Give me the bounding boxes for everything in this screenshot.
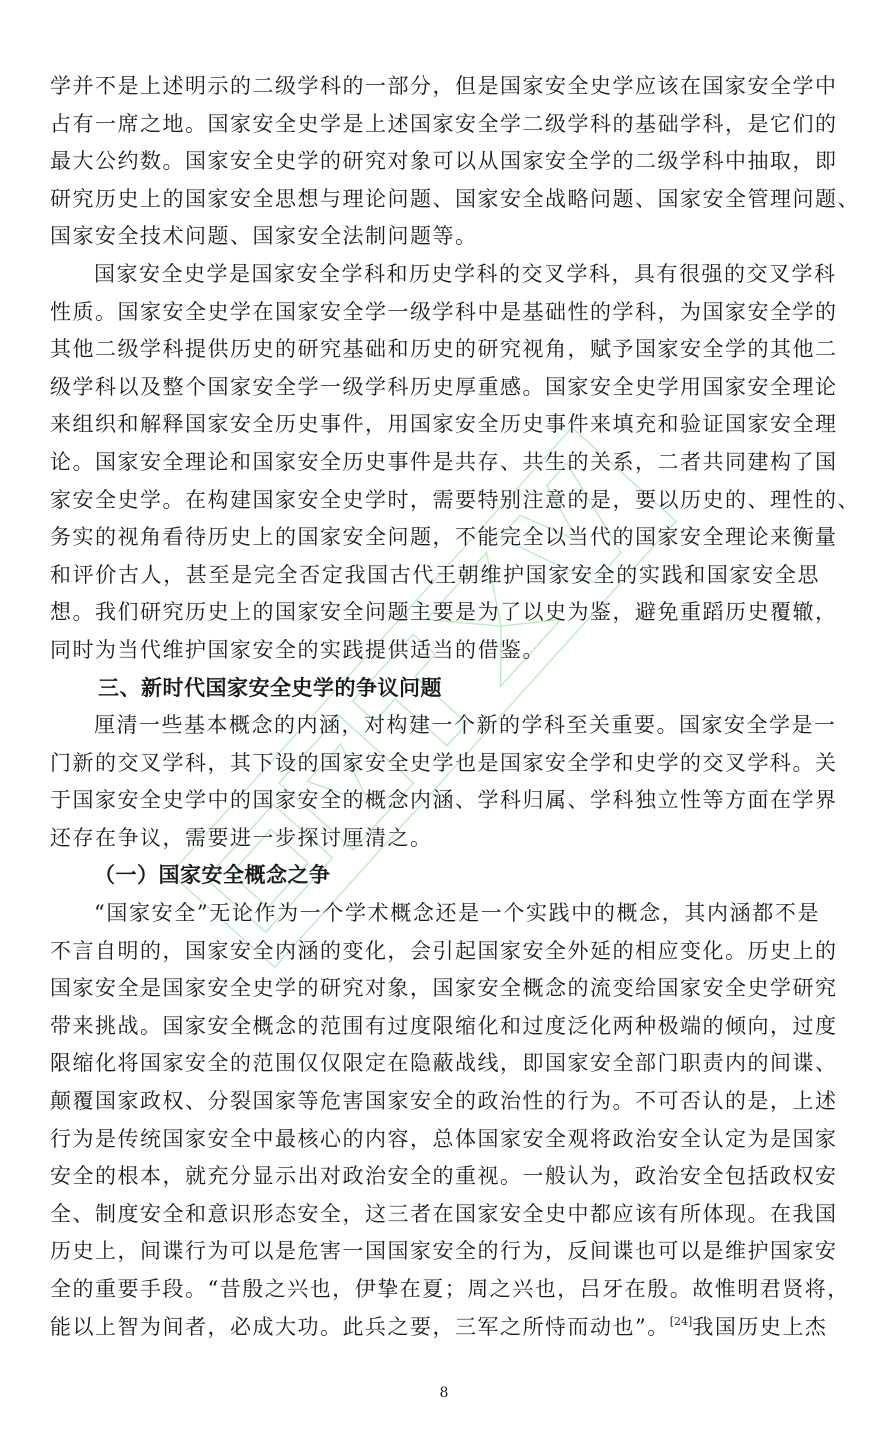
citation-reference[interactable]: [24] [670,1315,693,1328]
text-line: 不言自明的，国家安全内涵的变化，会引起国家安全外延的相应变化。历史上的 [50,933,820,971]
page-number: 8 [0,1385,888,1401]
paragraph: 厘清一些基本概念的内涵，对构建一个新的学科至关重要。国家安全学是一 门新的交叉学… [50,707,820,857]
text-line: 厘清一些基本概念的内涵，对构建一个新的学科至关重要。国家安全学是一 [50,707,820,745]
paragraph: “国家安全”无论作为一个学术概念还是一个实践中的概念，其内涵都不是 不言自明的，… [50,895,820,1346]
text-line: 来组织和解释国家安全历史事件，用国家安全历史事件来填充和验证国家安全理 [50,406,820,444]
paragraph: 国家安全史学是国家安全学科和历史学科的交叉学科，具有很强的交叉学科 性质。国家安… [50,256,820,670]
text-segment: 我国历史上杰 [692,1315,827,1339]
text-line: 全、制度安全和意识形态安全，这三者在国家安全史中都应该有所体现。在我国 [50,1196,820,1234]
text-line: 安全的根本，就充分显示出对政治安全的重视。一般认为，政治安全包括政权安 [50,1158,820,1196]
text-segment: 能以上智为间者，必成大功。此兵之要，三军之所恃而动也”。 [50,1315,670,1339]
text-line: 和评价古人，甚至是完全否定我国古代王朝维护国家安全的实践和国家安全思 [50,557,820,595]
text-line: 其他二级学科提供历史的研究基础和历史的研究视角，赋予国家安全学的其他二 [50,331,820,369]
text-line: 务实的视角看待历史上的国家安全问题，不能完全以当代的国家安全理论来衡量 [50,519,820,557]
text-line: 同时为当代维护国家安全的实践提供适当的借鉴。 [50,632,820,670]
document-body: 学并不是上述明示的二级学科的一部分，但是国家安全史学应该在国家安全学中 占有一席… [50,68,820,1346]
text-line: 占有一席之地。国家安全史学是上述国家安全学二级学科的基础学科，是它们的 [50,106,820,144]
text-line: 想。我们研究历史上的国家安全问题主要是为了以史为鉴，避免重蹈历史覆辙， [50,594,820,632]
document-page: 学并不是上述明示的二级学科的一部分，但是国家安全史学应该在国家安全学中 占有一席… [0,0,888,1453]
text-line: 颠覆国家政权、分裂国家等危害国家安全的政治性的行为。不可否认的是，上述 [50,1083,820,1121]
section-heading: 三、新时代国家安全史学的争议问题 [50,670,820,708]
text-line: 还存在争议，需要进一步探讨厘清之。 [50,820,820,858]
text-line: 限缩化将国家安全的范围仅仅限定在隐蔽战线，即国家安全部门职责内的间谍、 [50,1045,820,1083]
text-line: 门新的交叉学科，其下设的国家安全史学也是国家安全学和史学的交叉学科。关 [50,745,820,783]
text-line: 于国家安全史学中的国家安全的概念内涵、学科归属、学科独立性等方面在学界 [50,782,820,820]
text-line: 论。国家安全理论和国家安全历史事件是共存、共生的关系，二者共同建构了国 [50,444,820,482]
text-line: 性质。国家安全史学在国家安全学一级学科中是基础性的学科，为国家安全学的 [50,294,820,332]
text-line: 行为是传统国家安全中最核心的内容，总体国家安全观将政治安全认定为是国家 [50,1121,820,1159]
paragraph-continuation: 学并不是上述明示的二级学科的一部分，但是国家安全史学应该在国家安全学中 占有一席… [50,68,820,256]
text-line: 历史上，间谍行为可以是危害一国国家安全的行为，反间谍也可以是维护国家安 [50,1233,820,1271]
text-line: 能以上智为间者，必成大功。此兵之要，三军之所恃而动也”。[24]我国历史上杰 [50,1309,820,1347]
text-line: 家安全史学。在构建国家安全史学时，需要特别注意的是，要以历史的、理性的、 [50,482,820,520]
text-line: 带来挑战。国家安全概念的范围有过度限缩化和过度泛化两种极端的倾向，过度 [50,1008,820,1046]
text-line: 最大公约数。国家安全史学的研究对象可以从国家安全学的二级学科中抽取，即 [50,143,820,181]
text-line: “国家安全”无论作为一个学术概念还是一个实践中的概念，其内涵都不是 [50,895,820,933]
text-line: 国家安全史学是国家安全学科和历史学科的交叉学科，具有很强的交叉学科 [50,256,820,294]
subsection-heading: （一）国家安全概念之争 [50,857,820,895]
text-line: 级学科以及整个国家安全学一级学科历史厚重感。国家安全史学用国家安全理论 [50,369,820,407]
text-line: 国家安全技术问题、国家安全法制问题等。 [50,218,820,256]
text-line: 全的重要手段。“昔殷之兴也，伊挚在夏；周之兴也，吕牙在殷。故惟明君贤将， [50,1271,820,1309]
text-line: 国家安全是国家安全史学的研究对象，国家安全概念的流变给国家安全史学研究 [50,970,820,1008]
text-line: 学并不是上述明示的二级学科的一部分，但是国家安全史学应该在国家安全学中 [50,68,820,106]
text-line: 研究历史上的国家安全思想与理论问题、国家安全战略问题、国家安全管理问题、 [50,181,820,219]
